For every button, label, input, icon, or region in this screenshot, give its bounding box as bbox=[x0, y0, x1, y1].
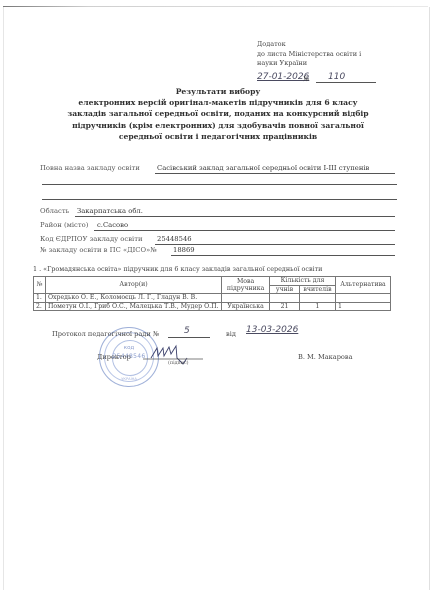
annex-number: 110 bbox=[316, 72, 376, 83]
region-label: Область bbox=[40, 207, 69, 215]
row-students: 21 bbox=[270, 302, 300, 311]
document-title: Результати вибору електронних версій ори… bbox=[0, 86, 436, 142]
table-header-row: № Автор(и) Мова підручника Кількість для… bbox=[34, 277, 391, 286]
row-authors: Пометун О.І., Гриб О.С., Малецька Т.В., … bbox=[45, 302, 221, 311]
header-quantity: Кількість для bbox=[270, 277, 336, 286]
header-authors: Автор(и) bbox=[45, 277, 221, 294]
annex-line-3: науки України bbox=[257, 59, 361, 69]
title-line-5: середньої освіти і педагогічних працівни… bbox=[0, 131, 436, 142]
protocol-label: Протокол педагогічної ради № bbox=[52, 330, 159, 338]
district-value: с.Сасово bbox=[97, 221, 128, 229]
blank-line bbox=[42, 184, 397, 185]
director-label: Директор bbox=[97, 353, 131, 361]
protocol-number: 5 bbox=[184, 326, 190, 336]
institution-name-value: Сасівський заклад загальної середньої ос… bbox=[157, 164, 369, 172]
blank-line bbox=[42, 199, 397, 200]
annex-line-1: Додаток bbox=[257, 40, 361, 50]
edrpou-value: 25448546 bbox=[157, 235, 192, 243]
diso-field: № закладу освіти в ПС «ДІСО»№ 18869 bbox=[40, 246, 395, 255]
header-students: учнів bbox=[270, 285, 300, 294]
row-number: 1. bbox=[34, 294, 46, 303]
table-row: 2. Пометун О.І., Гриб О.С., Малецька Т.В… bbox=[34, 302, 391, 311]
annex-note: Додаток до листа Міністерства освіти і н… bbox=[257, 40, 361, 69]
table-row: 1. Охрeдько О. Е., Коломоєць Л. Г., Глад… bbox=[34, 294, 391, 303]
row-students bbox=[270, 294, 300, 303]
protocol-number-line: 5 bbox=[168, 326, 210, 338]
stamp-country: УКРАЇНА bbox=[100, 377, 158, 381]
diso-value: 18869 bbox=[173, 246, 195, 254]
protocol-date-label: від bbox=[226, 330, 236, 338]
region-field: Область Закарпатська обл. bbox=[40, 207, 395, 216]
row-language bbox=[222, 294, 270, 303]
section-heading: 1 . «Громадянська освіта» підручник для … bbox=[33, 265, 322, 273]
row-teachers: 1 bbox=[300, 302, 336, 311]
title-line-4: підручників (крім електронних) для здобу… bbox=[0, 120, 436, 131]
director-name: В. М. Макарова bbox=[298, 353, 353, 361]
edrpou-field: Код ЄДРПОУ закладу освіти 25448546 bbox=[40, 235, 395, 244]
annex-number-label: № bbox=[303, 75, 309, 83]
diso-label: № закладу освіти в ПС «ДІСО»№ bbox=[40, 246, 157, 254]
edrpou-label: Код ЄДРПОУ закладу освіти bbox=[40, 235, 142, 243]
header-alternative: Альтернатива bbox=[335, 277, 390, 294]
region-value: Закарпатська обл. bbox=[77, 207, 143, 215]
row-language: Українська bbox=[222, 302, 270, 311]
institution-name-label: Повна назва закладу освіти bbox=[40, 164, 140, 172]
header-number: № bbox=[34, 277, 46, 294]
row-number: 2. bbox=[34, 302, 46, 311]
underline bbox=[155, 173, 395, 174]
row-alternative bbox=[335, 294, 390, 303]
underline bbox=[155, 244, 395, 245]
signature-caption: (підпис) bbox=[168, 361, 189, 366]
header-teachers: вчителів bbox=[300, 285, 336, 294]
institution-name-field: Повна назва закладу освіти Сасівський за… bbox=[40, 164, 395, 173]
title-line-1: Результати вибору bbox=[0, 86, 436, 97]
district-field: Район (місто) с.Сасово bbox=[40, 221, 395, 230]
textbook-selection-table: № Автор(и) Мова підручника Кількість для… bbox=[33, 276, 391, 311]
row-alternative: 1 bbox=[335, 302, 390, 311]
title-line-3: закладів загальної середньої освіти, под… bbox=[0, 108, 436, 119]
annex-line-2: до листа Міністерства освіти і bbox=[257, 50, 361, 60]
row-authors: Охрeдько О. Е., Коломоєць Л. Г., Гладун … bbox=[45, 294, 221, 303]
underline bbox=[94, 230, 395, 231]
district-label: Район (місто) bbox=[40, 221, 88, 229]
title-line-2: електронних версій оригінал-макетів підр… bbox=[0, 97, 436, 108]
annex-reference: 27-01-2026 № 110 bbox=[257, 75, 377, 85]
underline bbox=[171, 255, 395, 256]
header-language: Мова підручника bbox=[222, 277, 270, 294]
row-teachers bbox=[300, 294, 336, 303]
protocol-date: 13-03-2026 bbox=[246, 325, 298, 335]
annex-date: 27-01-2026 bbox=[257, 72, 309, 82]
underline bbox=[75, 216, 395, 217]
